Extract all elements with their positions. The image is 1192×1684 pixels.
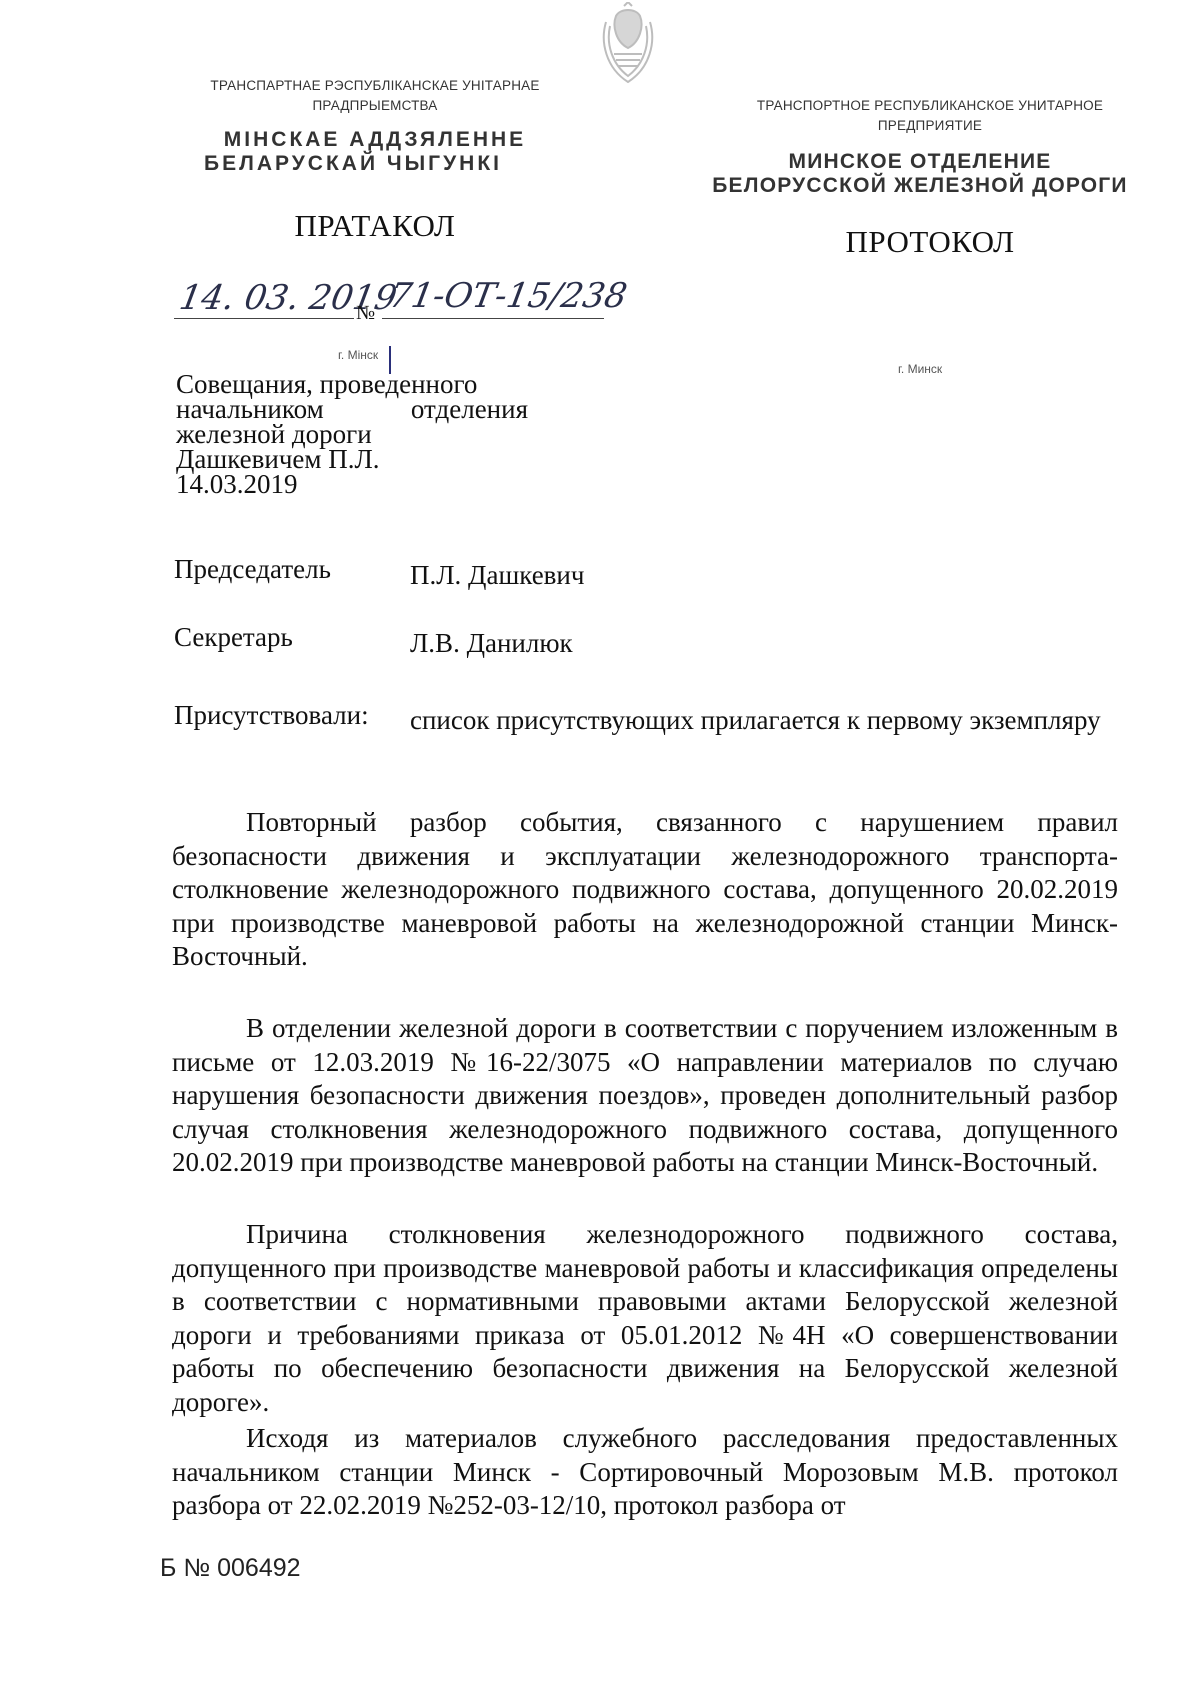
present-value: список присутствующих прилагается к перв…: [410, 704, 1110, 738]
right-org-line2: ПРЕДПРИЯТИЕ: [720, 116, 1140, 135]
left-org-line1: ТРАНСПАРТНАЕ РЭСПУБЛІКАНСКАЕ УНІТАРНАЕ: [168, 76, 582, 95]
date-underline: [174, 318, 354, 319]
left-doc-type: ПРАТАКОЛ: [168, 208, 582, 244]
chairman-name: П.Л. Дашкевич: [410, 560, 584, 591]
secretary-name: Л.В. Данилюк: [410, 628, 573, 659]
handwritten-number: 71-ОТ-15/238: [386, 276, 629, 316]
heading-line5: 14.03.2019: [176, 472, 528, 497]
state-emblem-icon: [596, 2, 660, 88]
number-underline: [382, 318, 604, 319]
paragraph-3: Причина столкновения железнодорожного по…: [172, 1218, 1118, 1419]
number-sign: №: [356, 302, 375, 325]
form-number: Б № 006492: [160, 1554, 301, 1583]
left-org-name-line2: БЕЛАРУСКАЙ ЧЫГУНКІ: [168, 152, 538, 176]
meeting-heading: Совещания, проведенного начальникомотдел…: [176, 372, 528, 497]
right-city: г. Минск: [898, 362, 942, 376]
right-org-line1: ТРАНСПОРТНОЕ РЕСПУБЛИКАНСКОЕ УНИТАРНОЕ: [720, 96, 1140, 115]
chairman-label: Председатель: [174, 554, 331, 585]
paragraph-1: Повторный разбор события, связанного с н…: [172, 806, 1118, 974]
secretary-label: Секретарь: [174, 622, 293, 653]
right-org-name-line2: БЕЛОРУССКОЙ ЖЕЛЕЗНОЙ ДОРОГИ: [700, 174, 1140, 198]
right-doc-type: ПРОТОКОЛ: [720, 224, 1140, 260]
right-org-name-line1: МИНСКОЕ ОТДЕЛЕНИЕ: [700, 150, 1140, 174]
paragraph-2: В отделении железной дороги в соответств…: [172, 1012, 1118, 1180]
left-org-line2: ПРАДПРЫЕМСТВА: [168, 96, 582, 115]
present-label: Присутствовали:: [174, 700, 369, 731]
left-org-name-line1: МІНСКАЕ АДДЗЯЛЕННЕ: [168, 128, 582, 152]
paragraph-4: Исходя из материалов служебного расследо…: [172, 1422, 1118, 1523]
left-city: г. Мінск: [338, 348, 378, 362]
